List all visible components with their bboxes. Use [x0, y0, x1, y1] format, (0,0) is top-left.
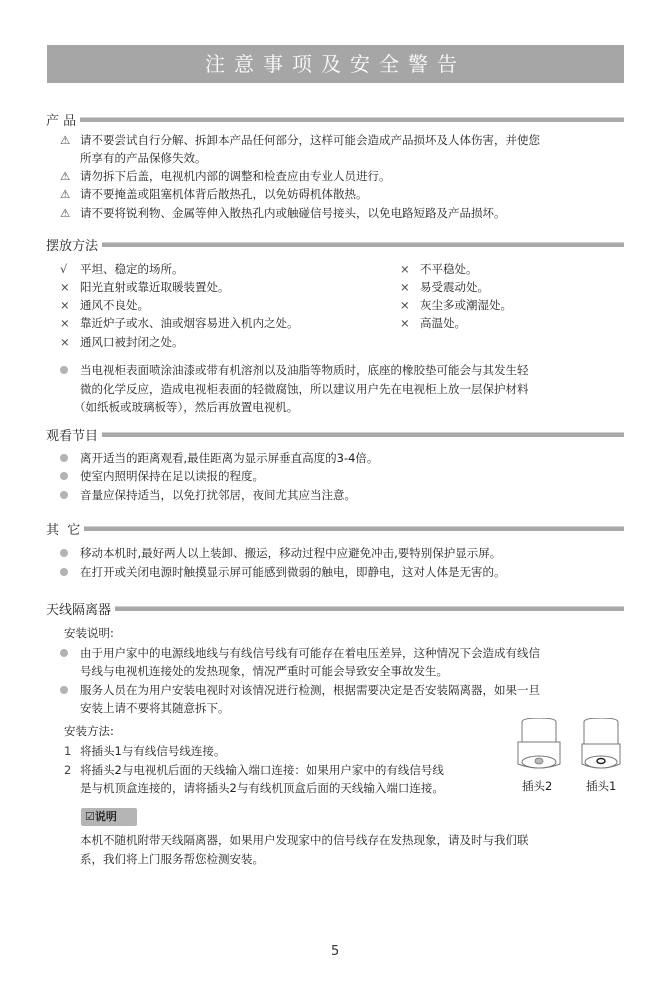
- list-item: ⚠请勿拆下后盖，电视机内部的调整和检查应由专业人员进行。: [60, 167, 391, 185]
- plug-2-illustration: [514, 718, 564, 773]
- step-item: 1将插头1与有线信号线连接。: [64, 742, 225, 760]
- bullet-icon: [60, 649, 68, 657]
- bullet-continuation: 号线与电视机连接处的发热现象，情况严重时可能会导致安全事故发生。: [80, 662, 448, 680]
- section-divider: [84, 526, 624, 531]
- list-item: ×阳光直射或靠近取暖装置处。: [60, 278, 230, 296]
- bullet-item: 当电视柜表面喷涂油漆或带有机溶剂以及油脂等物质时，底座的橡胶垫可能会与其发生轻: [60, 361, 529, 379]
- warning-icon: ⚠: [60, 185, 80, 203]
- note-badge: ☑说明: [81, 808, 137, 826]
- warning-icon: ⚠: [60, 131, 80, 149]
- section-title: 摆放方法: [46, 235, 98, 254]
- cross-icon: ×: [60, 296, 80, 314]
- bullet-item: 音量应保持适当，以免打扰邻居，夜间尤其应当注意。: [60, 486, 356, 504]
- install-method-label: 安装方法:: [64, 722, 114, 740]
- section-header-product: 产 品: [46, 110, 624, 128]
- warning-icon: ⚠: [60, 204, 80, 222]
- install-notes-label: 安装说明:: [64, 624, 114, 642]
- section-title: 产 品: [46, 110, 76, 129]
- bullet-item: 由于用户家中的电源线地线与有线信号线有可能存在着电压差异，这种情况下会造成有线信: [60, 644, 540, 662]
- bullet-item: 离开适当的距离观看,最佳距离为显示屏垂直高度的3-4倍。: [60, 449, 378, 467]
- list-item: ×通风口被封闭之处。: [60, 333, 184, 351]
- list-item: ⚠请不要将锐利物、金属等伸入散热孔内或触碰信号接头，以免电路短路及产品损坏。: [60, 204, 506, 222]
- cross-icon: ×: [60, 314, 80, 332]
- list-item: ×高温处。: [400, 314, 466, 332]
- bullet-icon: [60, 686, 68, 694]
- section-title: 观看节目: [46, 425, 98, 444]
- page-number: 5: [331, 944, 339, 959]
- plug-2-label: 插头2: [522, 777, 552, 795]
- section-header-placement: 摆放方法: [46, 235, 624, 253]
- section-header-antenna: 天线隔离器: [46, 599, 624, 617]
- bullet-icon: [60, 549, 68, 557]
- list-item: ⚠请不要掩盖或阻塞机体背后散热孔，以免妨碍机体散热。: [60, 185, 368, 203]
- cross-icon: ×: [400, 296, 420, 314]
- bullet-item: 在打开或关闭电源时触摸显示屏可能感到微弱的触电，即静电，这对人体是无害的。: [60, 563, 506, 581]
- warning-icon: ⚠: [60, 167, 80, 185]
- checkbox-note-icon: ☑: [85, 810, 95, 823]
- section-title: 其 它: [46, 519, 80, 538]
- list-item: ⚠请不要尝试自行分解、拆卸本产品任何部分，这样可能会造成产品损坏及人体伤害，并使…: [60, 131, 540, 149]
- bullet-continuation: 微的化学反应，造成电视柜表面的轻微腐蚀，所以建议用户先在电视柜上放一层保护材料: [80, 380, 529, 398]
- list-item: ×不平稳处。: [400, 260, 478, 278]
- plug-1-label: 插头1: [586, 777, 616, 795]
- section-header-viewing: 观看节目: [46, 425, 624, 443]
- list-item: √平坦、稳定的场所。: [60, 260, 184, 278]
- bullet-icon: [60, 472, 68, 480]
- note-text: 本机不随机附带天线隔离器，如果用户发现家中的信号线存在发热现象，请及时与我们联: [80, 831, 529, 849]
- bullet-item: 使室内照明保持在足以读报的程度。: [60, 467, 264, 485]
- list-item: ×靠近炉子或水、油或烟容易进入机内之处。: [60, 314, 299, 332]
- list-item: ×易受震动处。: [400, 278, 489, 296]
- cross-icon: ×: [400, 314, 420, 332]
- step-continuation: 是与机顶盒连接的，请将插头2与有线机顶盒后面的天线输入端口连接。: [80, 779, 444, 797]
- bullet-continuation: （如纸板或玻璃板等），然后再放置电视机。: [74, 398, 298, 416]
- cross-icon: ×: [60, 278, 80, 296]
- bullet-icon: [60, 491, 68, 499]
- section-divider: [102, 432, 624, 437]
- bullet-continuation: 安装上请不要将其随意拆下。: [80, 699, 230, 717]
- bullet-icon: [60, 366, 68, 374]
- bullet-icon: [60, 454, 68, 462]
- bullet-item: 服务人员在为用户安装电视时对该情况进行检测，根据需要决定是否安装隔离器，如果一旦: [60, 681, 540, 699]
- section-divider: [80, 117, 624, 122]
- cross-icon: ×: [60, 333, 80, 351]
- list-item-continuation: 所享有的产品保修失效。: [80, 149, 207, 167]
- cross-icon: ×: [400, 278, 420, 296]
- plug-1-illustration: [578, 718, 624, 773]
- bullet-item: 移动本机时,最好两人以上装卸、搬运，移动过程中应避免冲击,要特别保护显示屏。: [60, 544, 501, 562]
- note-text: 系，我们将上门服务帮您检测安装。: [80, 850, 264, 868]
- section-divider: [102, 242, 624, 247]
- page-banner-title: 注意事项及安全警告: [47, 45, 624, 83]
- list-item: ×灰尘多或潮湿处。: [400, 296, 512, 314]
- check-icon: √: [60, 260, 80, 278]
- section-title: 天线隔离器: [46, 599, 111, 618]
- list-item: ×通风不良处。: [60, 296, 149, 314]
- section-divider: [115, 606, 624, 611]
- section-header-other: 其 它: [46, 519, 624, 537]
- cross-icon: ×: [400, 260, 420, 278]
- step-item: 2将插头2与电视机后面的天线输入端口连接：如果用户家中的有线信号线: [64, 761, 444, 779]
- bullet-icon: [60, 568, 68, 576]
